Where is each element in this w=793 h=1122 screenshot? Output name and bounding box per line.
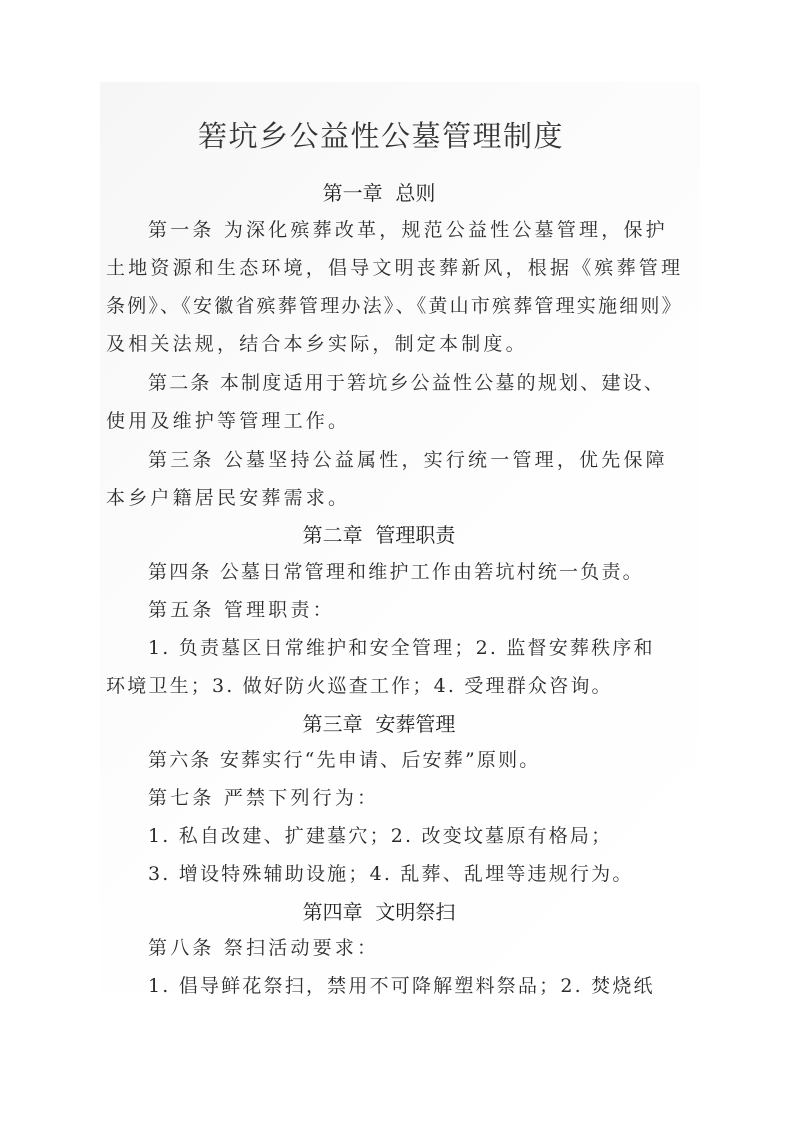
article-1-line-2: 土地资源和生态环境，倡导文明丧葬新风，根据《殡葬管理 bbox=[106, 253, 683, 280]
article-7-line-1: 第七条 严禁下列行为： bbox=[148, 783, 379, 810]
chapter-2-heading: 第二章 管理职责 bbox=[106, 519, 652, 548]
article-5-item-line-1: 1. 负责墓区日常维护和安全管理；2. 监督安葬秩序和 bbox=[148, 633, 655, 660]
article-6-line-1: 第六条 安葬实行“先申请、后安葬”原则。 bbox=[148, 745, 540, 772]
article-1-line-1: 第一条 为深化殡葬改革，规范公益性公墓管理，保护 bbox=[148, 215, 668, 242]
article-3-line-2: 本乡户籍居民安葬需求。 bbox=[106, 483, 350, 510]
article-8-item-line-1: 1. 倡导鲜花祭扫，禁用不可降解塑料祭品；2. 焚烧纸 bbox=[148, 971, 655, 998]
article-1-line-3: 条例》、《安徽省殡葬管理办法》、《黄山市殡葬管理实施细则》 bbox=[106, 291, 683, 318]
chapter-3-heading: 第三章 安葬管理 bbox=[106, 708, 652, 737]
article-8-line-1: 第八条 祭扫活动要求： bbox=[148, 933, 379, 960]
chapter-1-heading: 第一章 总则 bbox=[106, 177, 652, 206]
document-title: 箬坑乡公益性公墓管理制度 bbox=[198, 114, 564, 155]
chapter-4-heading: 第四章 文明祭扫 bbox=[106, 896, 652, 925]
article-2-line-1: 第二条 本制度适用于箬坑乡公益性公墓的规划、建设、 bbox=[148, 368, 665, 395]
article-5-line-1: 第五条 管理职责： bbox=[148, 595, 335, 622]
article-1-line-4: 及相关法规，结合本乡实际，制定本制度。 bbox=[106, 329, 528, 356]
article-5-item-line-2: 环境卫生；3. 做好防火巡查工作；4. 受理群众咨询。 bbox=[106, 671, 613, 698]
article-2-line-2: 使用及维护等管理工作。 bbox=[106, 406, 350, 433]
article-7-item-line-2: 3. 增设特殊辅助设施；4. 乱葬、乱埋等违规行为。 bbox=[148, 859, 634, 886]
article-3-line-1: 第三条 公墓坚持公益属性，实行统一管理，优先保障 bbox=[148, 445, 668, 472]
article-4-line-1: 第四条 公墓日常管理和维护工作由箬坑村统一负责。 bbox=[148, 557, 644, 584]
article-7-item-line-1: 1. 私自改建、扩建墓穴；2. 改变坟墓原有格局； bbox=[148, 821, 612, 848]
